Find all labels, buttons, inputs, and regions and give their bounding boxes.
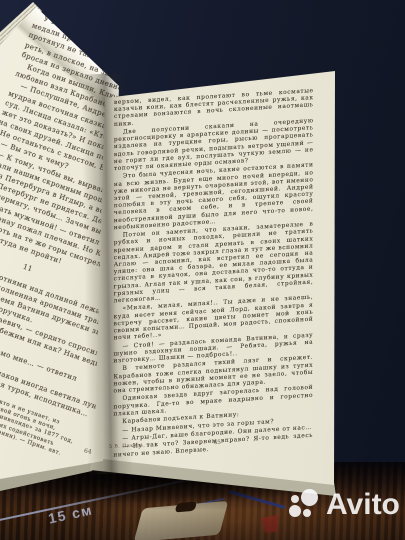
logo-dot	[301, 489, 318, 506]
logo-dot	[289, 505, 301, 517]
avito-watermark: Avito	[288, 489, 400, 521]
avito-logo-icon	[288, 489, 322, 521]
book-gutter-shadow	[81, 74, 134, 475]
right-page-text: верхом, видел, как пролетают во тьме кос…	[113, 88, 313, 461]
book-photo-scene: 15 см У выхода из бани своей притихшие о…	[0, 0, 405, 540]
watermark-text: Avito	[326, 489, 400, 521]
logo-dot	[291, 495, 299, 503]
paragraph: Это была чудесная ночь, какие остаются в…	[114, 163, 314, 233]
logo-dot	[303, 509, 311, 517]
paragraph: Потом он заметил, что казаки, заматерелы…	[114, 222, 314, 306]
right-page-number: 65	[213, 440, 221, 446]
